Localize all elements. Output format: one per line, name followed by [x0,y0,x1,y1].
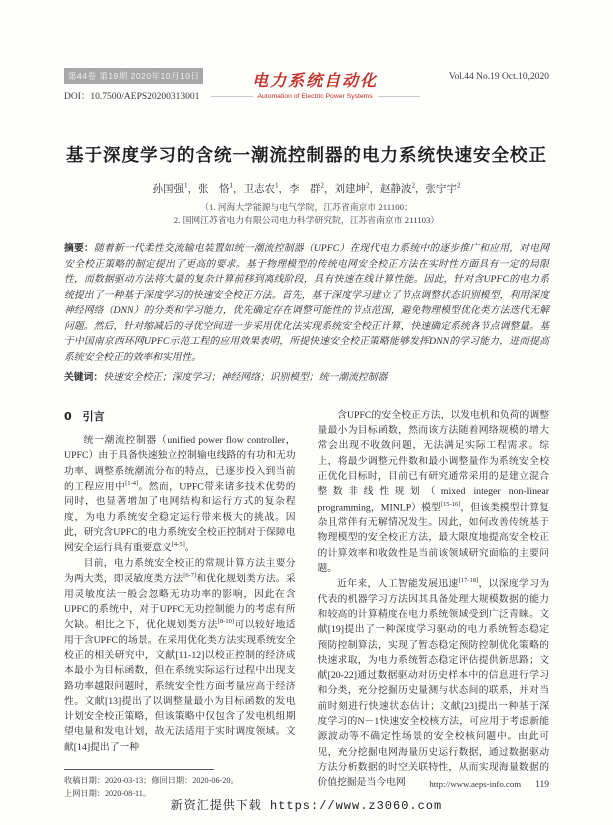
abstract-block: 摘要：随着新一代柔性交流输电装置如统一潮流控制器（UPFC）在现代电力系统中的逐… [64,241,549,365]
abstract-text: 随着新一代柔性交流输电装置如统一潮流控制器（UPFC）在现代电力系统中的逐步推广… [64,243,549,362]
journal-header: 第44卷 第19期 2020年10月10日 DOI：10.7500/AEPS20… [64,66,549,102]
volume-info: Vol.44 No.19 Oct.10,2020 [420,66,549,82]
journal-name-cn: 电力系统自动化 [211,68,420,91]
right-rule [378,96,420,97]
journal-logo: 电力系统自动化 Automation of Electric Power Sys… [211,66,420,100]
left-column: 0 引言 统一潮流控制器（unified power flow controll… [64,408,296,800]
affiliation-1: （1. 河海大学能源与电气学院，江苏省南京市 211100； [64,201,549,214]
page-number: 119 [535,780,549,790]
paragraph: 含UPFC的安全校正方法，以发电机和负荷的调整量最小为目标函数，然而该方法随着网… [318,408,550,576]
keywords-text: 快速安全校正；深度学习；神经网络；识别模型；统一潮流控制器 [103,372,387,383]
left-rule [211,96,253,97]
paper-page: 第44卷 第19期 2020年10月10日 DOI：10.7500/AEPS20… [0,0,613,825]
footnote-block: 收稿日期：2020-03-13；修回日期：2020-06-20。 上网日期：20… [64,764,296,800]
header-left: 第44卷 第19期 2020年10月10日 DOI：10.7500/AEPS20… [64,66,211,102]
journal-name-en-row: Automation of Electric Power Systems [211,93,420,100]
body-columns: 0 引言 统一潮流控制器（unified power flow controll… [64,408,549,800]
paragraph: 近年来，人工智能发展迅速[17-18]，以深度学习为代表的机器学习方法因其具备处… [318,576,550,790]
abstract-label: 摘要： [64,243,94,254]
section-heading-intro: 0 引言 [64,408,296,425]
doi-text: DOI：10.7500/AEPS20200313001 [64,88,211,102]
download-watermark: 新资汇提供下载 https://www.z3060.com [0,796,613,813]
paragraph: 统一潮流控制器（unified power flow controller，UP… [64,433,296,556]
paper-title: 基于深度学习的含统一潮流控制器的电力系统快速安全校正 [64,142,549,167]
footer-line: http://www.aeps-info.com119 [429,779,549,790]
authors-line: 孙国强1，张 恪1，卫志农1，李 群2，刘建坤2，赵静波2，张宁宇2 [64,181,549,196]
paragraph: 目前，电力系统安全校正的常规计算方法主要分为两大类，即灵敏度类方法[6-7]和优… [64,556,296,755]
footnote-rule [64,769,214,770]
journal-name-en: Automation of Electric Power Systems [258,93,373,100]
issue-info-box: 第44卷 第19期 2020年10月10日 [64,68,203,84]
footnote-dates-1: 收稿日期：2020-03-13；修回日期：2020-06-20。 [64,774,296,787]
right-column: 含UPFC的安全校正方法，以发电机和负荷的调整量最小为目标函数，然而该方法随着网… [318,408,550,800]
affiliations: （1. 河海大学能源与电气学院，江苏省南京市 211100； 2. 国网江苏省电… [64,201,549,227]
journal-url: http://www.aeps-info.com [429,779,521,789]
affiliation-2: 2. 国网江苏省电力有限公司电力科学研究院，江苏省南京市 211103） [64,214,549,227]
keywords-label: 关键词： [64,372,103,383]
keywords-block: 关键词：快速安全校正；深度学习；神经网络；识别模型；统一潮流控制器 [64,371,549,386]
